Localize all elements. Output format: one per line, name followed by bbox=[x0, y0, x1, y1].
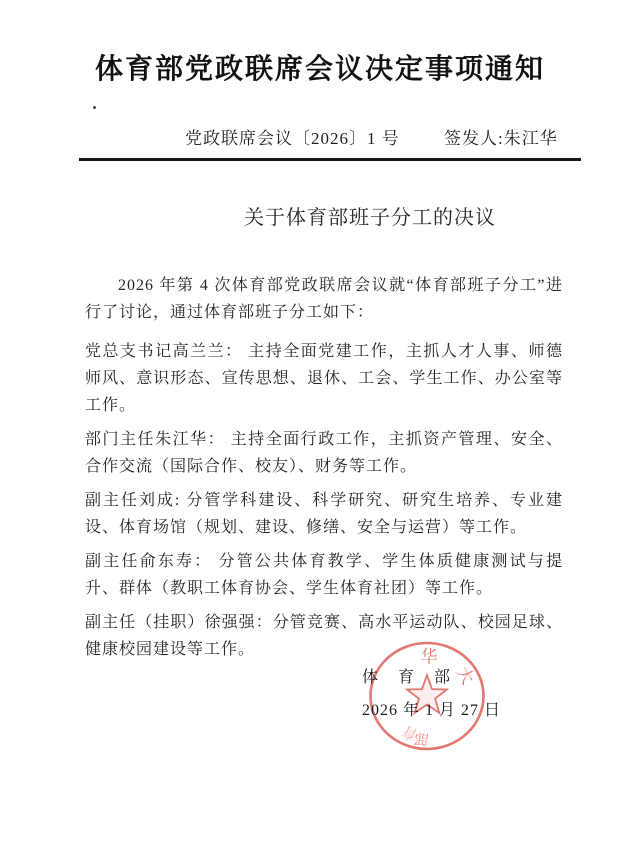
paragraph-intro: 2026 年第 4 次体育部党政联席会议就“体育部班子分工”进行了讨论，通过体育… bbox=[85, 272, 563, 326]
paragraph-deputy-yu: 副主任俞东寿： 分管公共体育教学、学生体质健康测试与提升、群体（教职工体育协会、… bbox=[85, 548, 563, 602]
document-title: 体育部党政联席会议决定事项通知 bbox=[0, 52, 640, 88]
header-divider-rule bbox=[79, 158, 581, 161]
signature-block: 体 育 部 2026 年 1 月 27 日 bbox=[362, 668, 501, 721]
paragraph-deputy-liu: 副主任刘成: 分管学科建设、科学研究、研究生培养、专业建设、体育场馆（规划、建设… bbox=[85, 487, 563, 541]
paragraph-director: 部门主任朱江华： 主持全面行政工作，主抓资产管理、安全、合作交流（国际合作、校友… bbox=[85, 426, 563, 480]
paragraph-deputy-xu: 副主任（挂职）徐强强：分管竞赛、高水平运动队、校园足球、健康校园建设等工作。 bbox=[85, 609, 563, 663]
scan-noise-dot bbox=[93, 106, 96, 109]
signature-org: 体 育 部 bbox=[362, 668, 501, 688]
subject-heading: 关于体育部班子分工的决议 bbox=[100, 204, 640, 232]
issuer-name: 签发人:朱江华 bbox=[444, 128, 558, 150]
document-page: 体育部党政联席会议决定事项通知 党政联席会议〔2026〕1 号 签发人:朱江华 … bbox=[0, 0, 640, 845]
seal-char-top: 华 bbox=[421, 648, 438, 667]
paragraph-secretary: 党总支书记高兰兰： 主持全面党建工作，主抓人才人事、师德师风、意识形态、宣传思想… bbox=[85, 338, 563, 419]
document-number: 党政联席会议〔2026〕1 号 bbox=[185, 128, 400, 150]
body-text: 2026 年第 4 次体育部党政联席会议就“体育部班子分工”进行了讨论，通过体育… bbox=[85, 272, 563, 670]
signature-date: 2026 年 1 月 27 日 bbox=[362, 701, 501, 721]
